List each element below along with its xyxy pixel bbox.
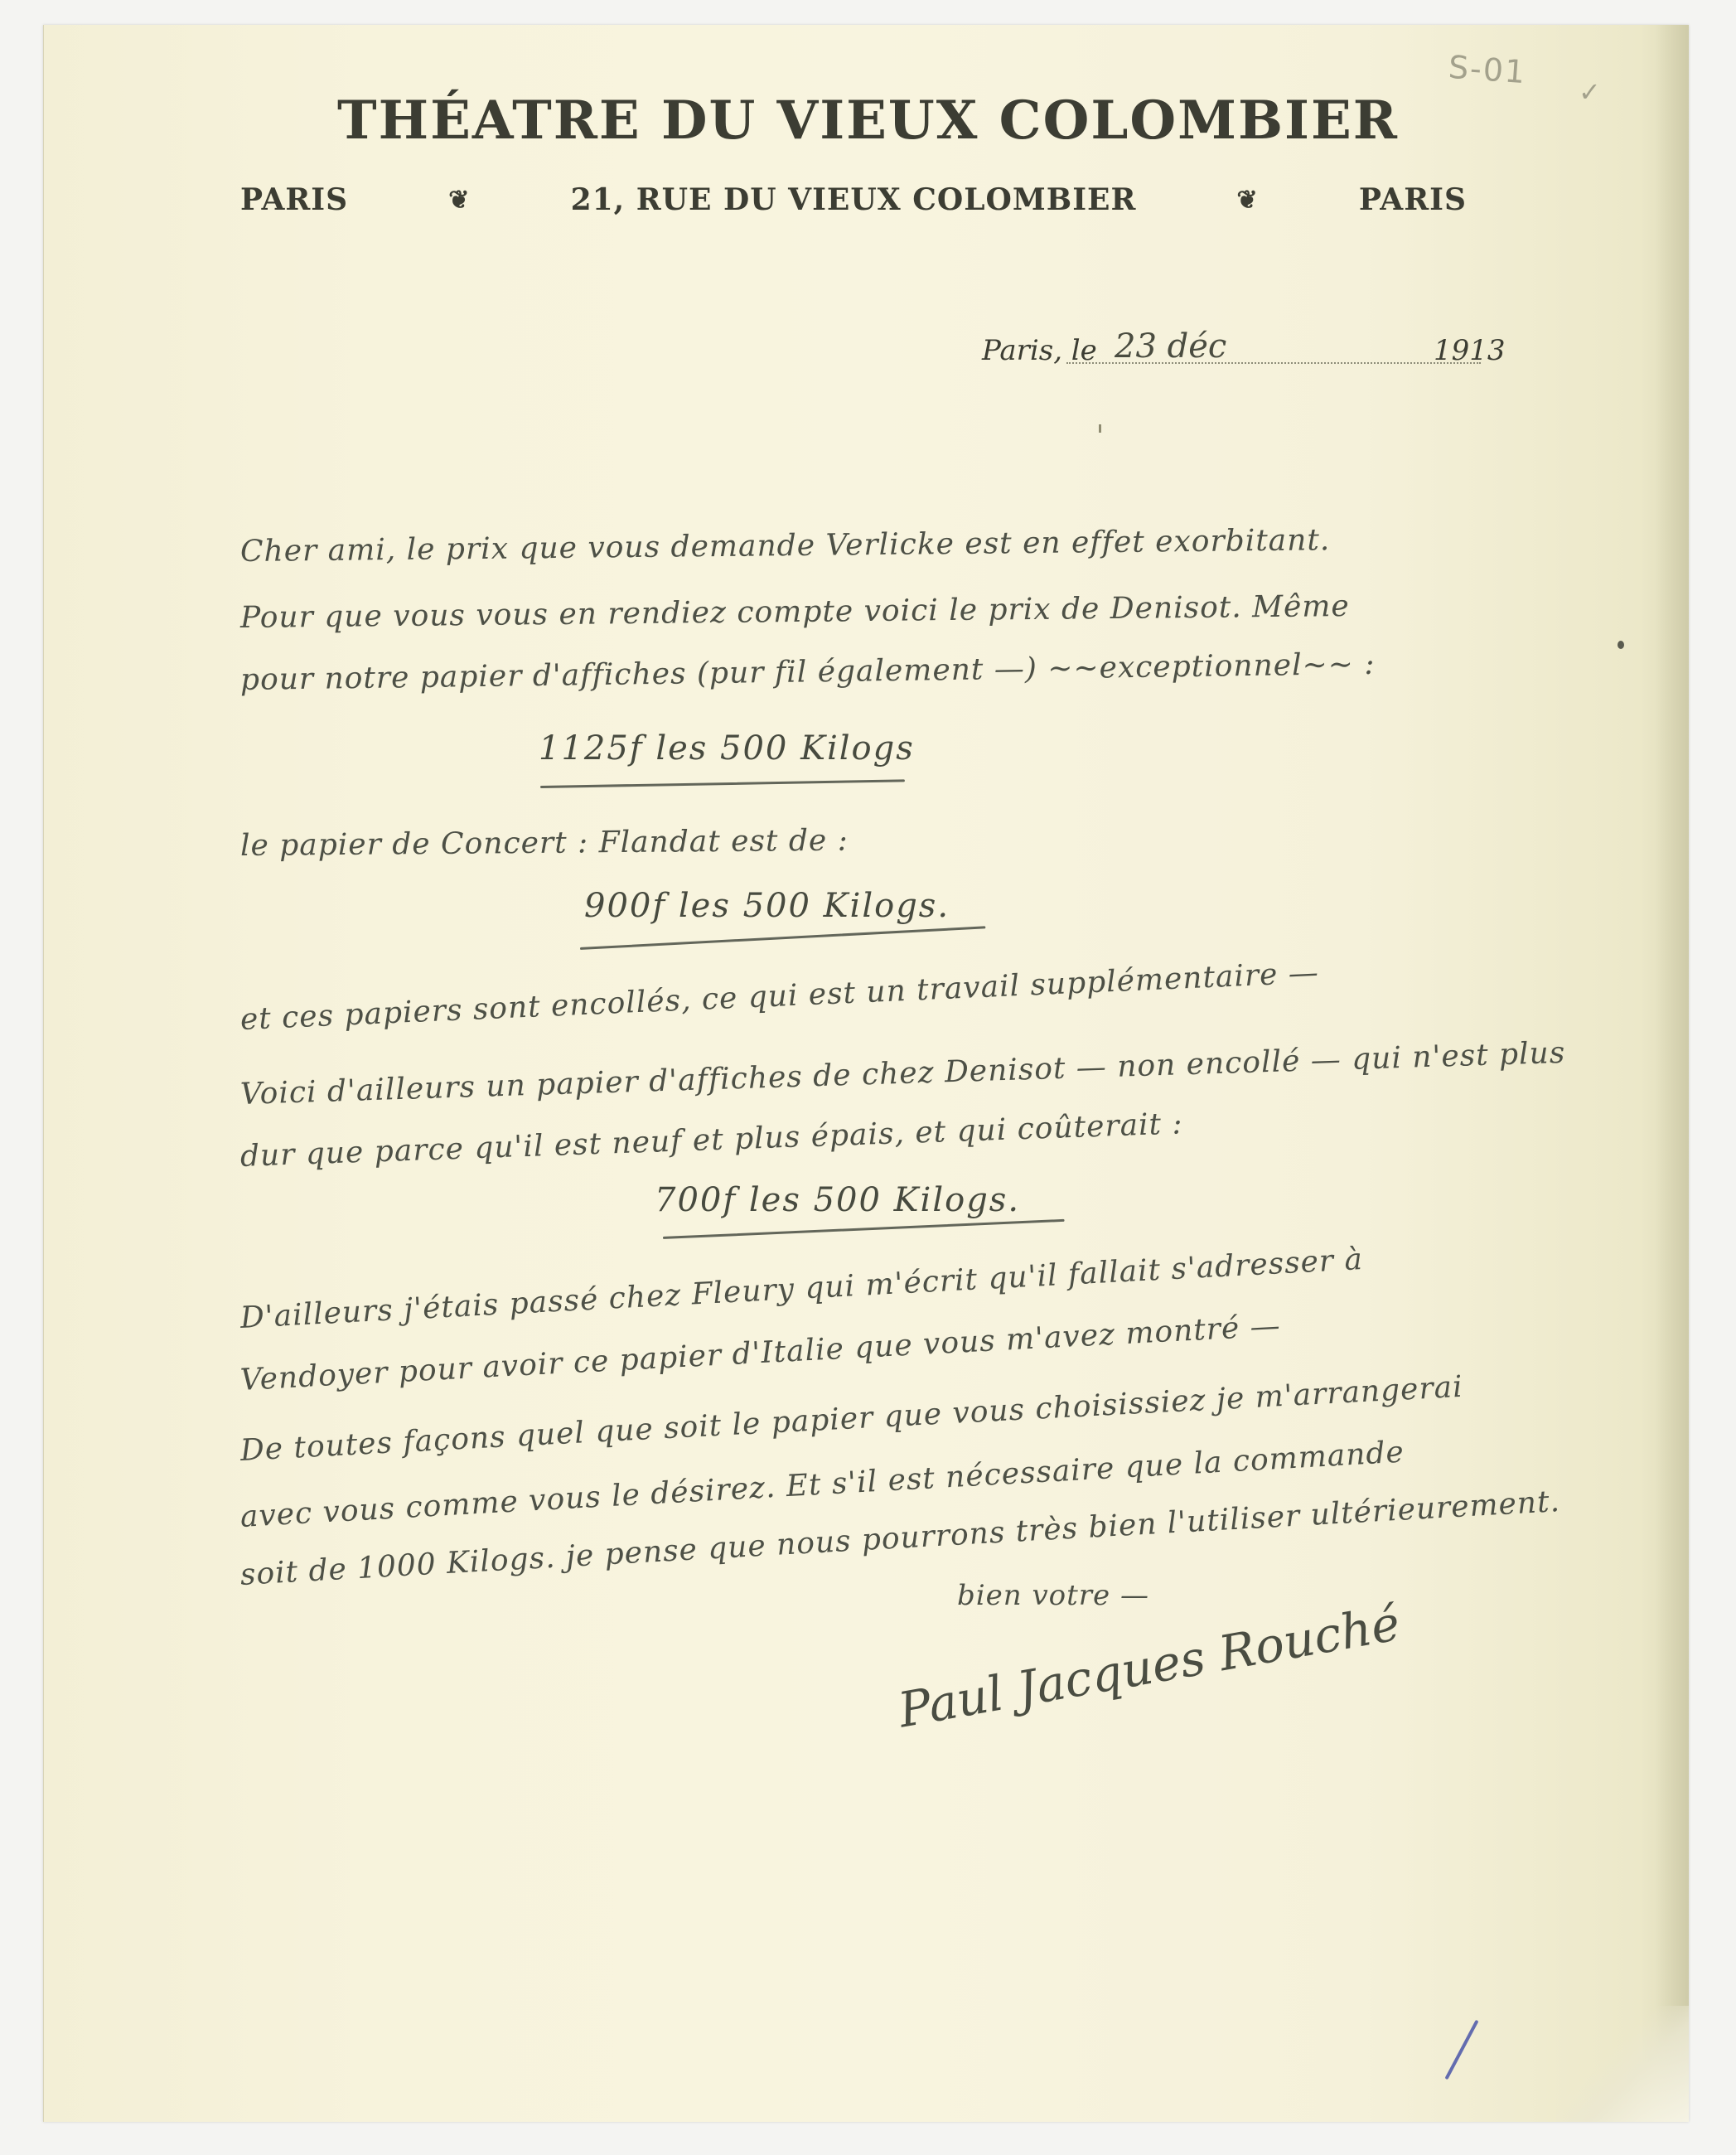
price-line-2: 900f les 500 Kilogs. xyxy=(584,887,950,925)
fleuron-icon: ❦ xyxy=(448,186,470,215)
stray-mark xyxy=(1099,424,1101,433)
price-line-1: 1125f les 500 Kilogs xyxy=(539,729,915,768)
body-line: le papier de Concert : Flandat est de : xyxy=(240,824,849,863)
letterhead-address: PARIS ❦ 21, RUE DU VIEUX COLOMBIER ❦ PAR… xyxy=(240,182,1467,217)
address-city-left: PARIS xyxy=(240,182,348,217)
price-line-3: 700f les 500 Kilogs. xyxy=(655,1181,1020,1219)
date-year: 1913 xyxy=(1434,334,1506,367)
archive-reference-mark: S-01 xyxy=(1448,49,1528,90)
ink-spot xyxy=(1618,641,1624,649)
closing-line: bien votre — xyxy=(957,1579,1149,1612)
date-line: Paris, le 23 déc 1913 xyxy=(982,327,1512,377)
letterhead-title: THÉATRE DU VIEUX COLOMBIER xyxy=(0,90,1736,152)
address-street: 21, RUE DU VIEUX COLOMBIER xyxy=(571,182,1137,217)
date-day-month: 23 déc xyxy=(1115,327,1226,366)
paper-corner-wear xyxy=(1556,2006,1689,2122)
signature: Paul Jacques Rouché xyxy=(899,1649,1330,1782)
address-city-right: PARIS xyxy=(1359,182,1467,217)
fleuron-icon: ❦ xyxy=(1237,186,1259,215)
paper-fold-shadow xyxy=(1656,25,1689,2122)
